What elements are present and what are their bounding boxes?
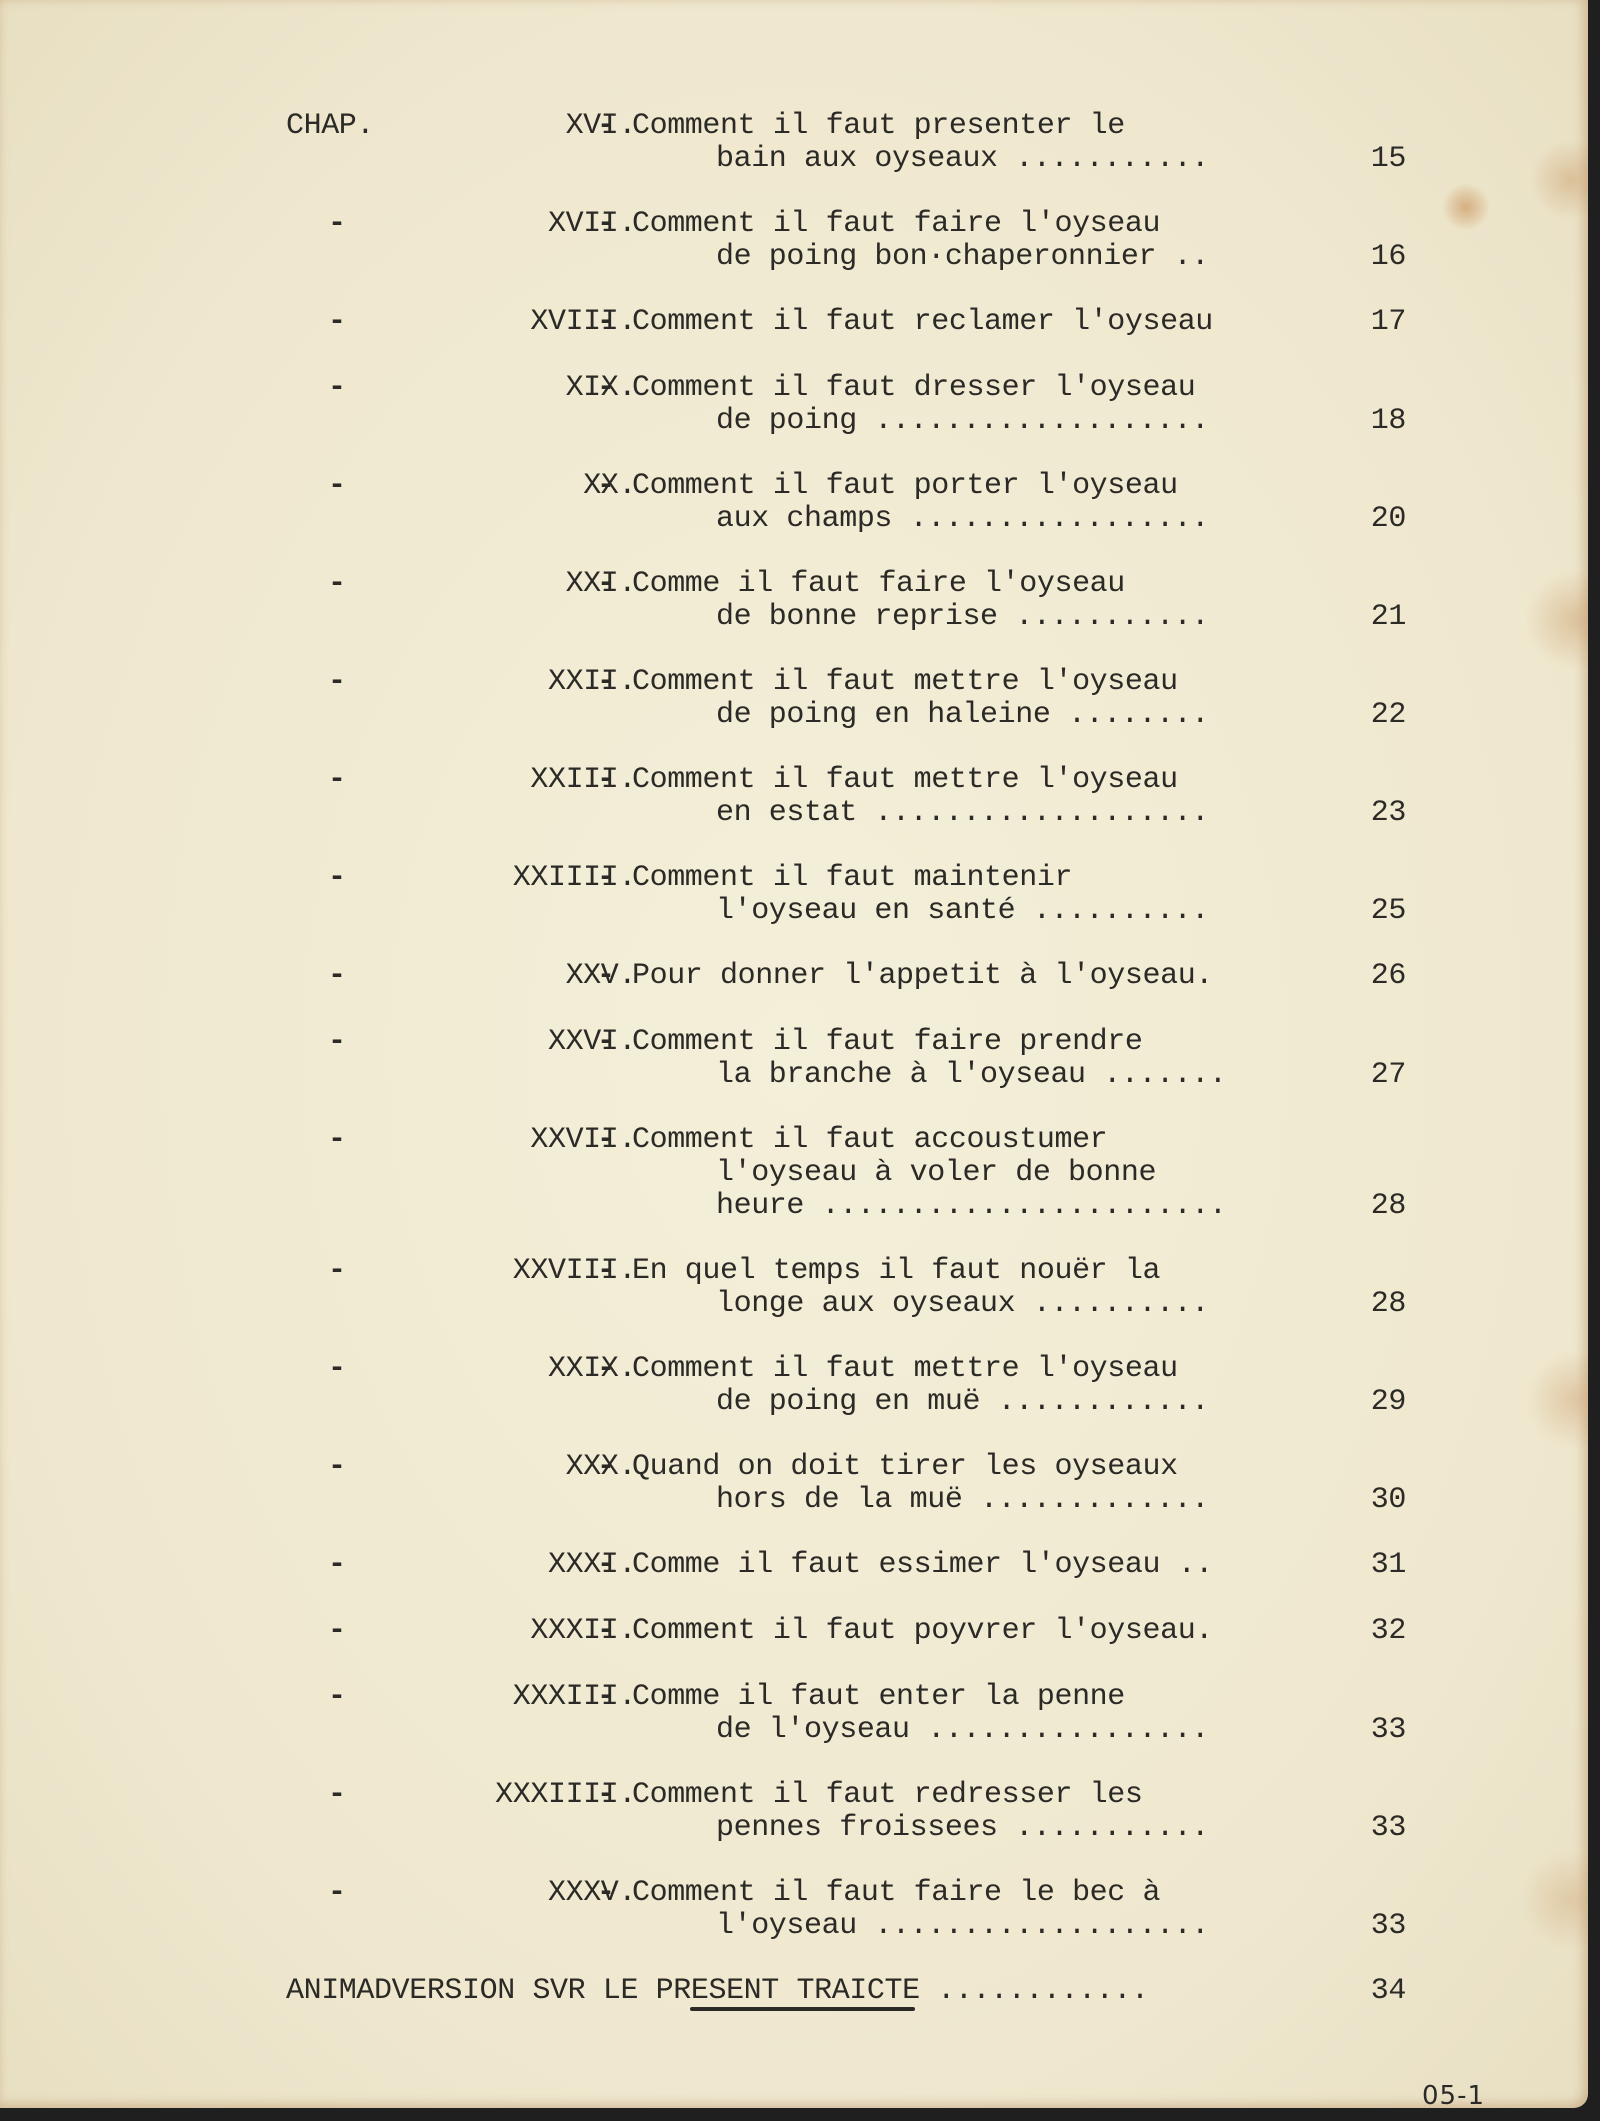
page-number: 28 (1346, 1288, 1406, 1321)
chapter-title: Quand on doit tirer les oyseaux (632, 1451, 1178, 1484)
ditto-mark: - (328, 666, 346, 699)
chapter-title: Comment il faut faire le bec à (632, 1877, 1160, 1910)
toc-entry: -XXXII.-Comment il faut poyvrer l'oyseau… (286, 1615, 1406, 1648)
chapter-title-continued: la branche à l'oyseau ....... (716, 1059, 1227, 1092)
chapter-label: CHAP. (286, 110, 374, 143)
separator-dash: - (597, 1681, 615, 1714)
toc-line: en estat ...................23 (286, 797, 1406, 830)
separator-dash: - (597, 1353, 615, 1386)
page-number: 25 (1346, 895, 1406, 928)
separator-dash: - (597, 862, 615, 895)
chapter-numeral: XXXV. (548, 1877, 636, 1910)
page-number: 27 (1346, 1059, 1406, 1092)
toc-line: aux champs .................20 (286, 503, 1406, 536)
ditto-mark: - (328, 372, 346, 405)
separator-dash: - (597, 1779, 615, 1812)
chapter-numeral: XXVI. (548, 1026, 636, 1059)
chapter-numeral: XXIIII. (513, 862, 636, 895)
toc-line: -XXVIII.-En quel temps il faut nouër la (286, 1255, 1406, 1288)
page-number: 31 (1346, 1549, 1406, 1582)
document-page: CHAP.XVI.-Comment il faut presenter leba… (0, 0, 1588, 2108)
chapter-title: Comment il faut faire l'oyseau (632, 208, 1160, 241)
chapter-title-continued: de bonne reprise ........... (716, 601, 1209, 634)
chapter-title: En quel temps il faut nouër la (632, 1255, 1160, 1288)
page-number: 33 (1346, 1812, 1406, 1845)
separator-dash: - (597, 470, 615, 503)
toc-entry: -XXVII.-Comment il faut accoustumerl'oys… (286, 1124, 1406, 1223)
page-number: 30 (1346, 1484, 1406, 1517)
toc-line: -XXXV.-Comment il faut faire le bec à (286, 1877, 1406, 1910)
chapter-numeral: XXII. (548, 666, 636, 699)
chapter-title-continued: de poing en muë ............ (716, 1386, 1209, 1419)
toc-line: pennes froissees ...........33 (286, 1812, 1406, 1845)
ditto-mark: - (328, 1353, 346, 1386)
toc-line: l'oyseau ...................33 (286, 1910, 1406, 1943)
chapter-title: Comment il faut faire prendre (632, 1026, 1143, 1059)
chapter-numeral: XXXII. (530, 1615, 636, 1648)
toc-entry: -XXX.-Quand on doit tirer les oyseauxhor… (286, 1451, 1406, 1517)
page-number: 28 (1346, 1190, 1406, 1223)
toc-line: de poing en haleine ........22 (286, 699, 1406, 732)
chapter-numeral: XVII. (548, 208, 636, 241)
toc-line: -XXVI.-Comment il faut faire prendre (286, 1026, 1406, 1059)
table-of-contents: CHAP.XVI.-Comment il faut presenter leba… (286, 110, 1406, 2008)
toc-entry: -XXIIII.-Comment il faut maintenirl'oyse… (286, 862, 1406, 928)
toc-entry: -XXXI.-Comme il faut essimer l'oyseau ..… (286, 1549, 1406, 1582)
ditto-mark: - (328, 1451, 346, 1484)
separator-dash: - (597, 1451, 615, 1484)
handwritten-note: 05-1 (1422, 2081, 1485, 2111)
toc-line: -XVII.-Comment il faut faire l'oyseau (286, 208, 1406, 241)
page-number: 15 (1346, 143, 1406, 176)
ditto-mark: - (328, 764, 346, 797)
toc-line: -XXXIII.-Comme il faut enter la penne (286, 1681, 1406, 1714)
chapter-numeral: XXIII. (530, 764, 636, 797)
chapter-title-continued: heure ....................... (716, 1190, 1227, 1223)
toc-line: -XVIII.-Comment il faut reclamer l'oysea… (286, 306, 1406, 339)
page-number: 18 (1346, 405, 1406, 438)
chapter-title: Comme il faut faire l'oyseau (632, 568, 1125, 601)
chapter-title: Comment il faut poyvrer l'oyseau. (632, 1615, 1213, 1648)
toc-entry: -XVIII.-Comment il faut reclamer l'oysea… (286, 306, 1406, 339)
chapter-title-continued: bain aux oyseaux ........... (716, 143, 1209, 176)
ditto-mark: - (328, 1026, 346, 1059)
separator-dash: - (597, 372, 615, 405)
chapter-title: Comme il faut enter la penne (632, 1681, 1125, 1714)
ditto-mark: - (328, 1681, 346, 1714)
page-number: 23 (1346, 797, 1406, 830)
separator-dash: - (597, 1255, 615, 1288)
closing-rule (690, 2007, 915, 2011)
toc-line: l'oyseau à voler de bonne (286, 1157, 1406, 1190)
separator-dash: - (597, 666, 615, 699)
toc-line: -XXIX.-Comment il faut mettre l'oyseau (286, 1353, 1406, 1386)
toc-line: de poing bon·chaperonnier ..16 (286, 241, 1406, 274)
ditto-mark: - (328, 470, 346, 503)
chapter-title-continued: en estat ................... (716, 797, 1209, 830)
separator-dash: - (597, 1615, 615, 1648)
chapter-title-continued: l'oyseau à voler de bonne (716, 1157, 1156, 1190)
toc-entry: -XXII.-Comment il faut mettre l'oyseaude… (286, 666, 1406, 732)
chapter-title: Comment il faut accoustumer (632, 1124, 1107, 1157)
ditto-mark: - (328, 306, 346, 339)
toc-entry: -XXIX.-Comment il faut mettre l'oyseaude… (286, 1353, 1406, 1419)
page-number: 33 (1346, 1714, 1406, 1747)
toc-entry: -XXI.-Comme il faut faire l'oyseaude bon… (286, 568, 1406, 634)
chapter-title: Comment il faut mettre l'oyseau (632, 764, 1178, 797)
toc-line: -XXII.-Comment il faut mettre l'oyseau (286, 666, 1406, 699)
ditto-mark: - (328, 862, 346, 895)
page-number: 32 (1346, 1615, 1406, 1648)
toc-entry: -XX.-Comment il faut porter l'oyseauaux … (286, 470, 1406, 536)
toc-entry: -XXV.-Pour donner l'appetit à l'oyseau.2… (286, 960, 1406, 993)
ditto-mark: - (328, 208, 346, 241)
page-number: 22 (1346, 699, 1406, 732)
chapter-title: Comment il faut presenter le (632, 110, 1125, 143)
chapter-title-continued: de poing bon·chaperonnier .. (716, 241, 1209, 274)
chapter-numeral: XXXIIII. (495, 1779, 636, 1812)
chapter-numeral: XXIX. (548, 1353, 636, 1386)
separator-dash: - (597, 306, 615, 339)
chapter-title: Comment il faut porter l'oyseau (632, 470, 1178, 503)
chapter-title: Pour donner l'appetit à l'oyseau. (632, 960, 1213, 993)
chapter-title-continued: de l'oyseau ................ (716, 1714, 1209, 1747)
ditto-mark: - (328, 960, 346, 993)
toc-line: -XIX.-Comment il faut dresser l'oyseau (286, 372, 1406, 405)
toc-entry: -XXXV.-Comment il faut faire le bec àl'o… (286, 1877, 1406, 1943)
toc-entry: CHAP.XVI.-Comment il faut presenter leba… (286, 110, 1406, 176)
toc-entry: -XXXIII.-Comme il faut enter la pennede … (286, 1681, 1406, 1747)
chapter-title: Comment il faut mettre l'oyseau (632, 666, 1178, 699)
chapter-title-continued: l'oyseau en santé .......... (716, 895, 1209, 928)
chapter-title-continued: aux champs ................. (716, 503, 1209, 536)
chapter-title-continued: de poing ................... (716, 405, 1209, 438)
page-number: 20 (1346, 503, 1406, 536)
ditto-mark: - (328, 568, 346, 601)
chapter-title-continued: l'oyseau ................... (716, 1910, 1209, 1943)
page-number: 16 (1346, 241, 1406, 274)
toc-line: -XXIII.-Comment il faut mettre l'oyseau (286, 764, 1406, 797)
separator-dash: - (597, 208, 615, 241)
separator-dash: - (597, 764, 615, 797)
page-number: 17 (1346, 306, 1406, 339)
toc-line: bain aux oyseaux ...........15 (286, 143, 1406, 176)
chapter-numeral: XXXIII. (513, 1681, 636, 1714)
toc-line: -XXI.-Comme il faut faire l'oyseau (286, 568, 1406, 601)
separator-dash: - (597, 1549, 615, 1582)
chapter-title: Comment il faut reclamer l'oyseau (632, 306, 1213, 339)
toc-line: la branche à l'oyseau .......27 (286, 1059, 1406, 1092)
page-number: 29 (1346, 1386, 1406, 1419)
chapter-title: Comment il faut maintenir (632, 862, 1072, 895)
toc-line: de poing ...................18 (286, 405, 1406, 438)
toc-line: -XXXI.-Comme il faut essimer l'oyseau ..… (286, 1549, 1406, 1582)
chapter-numeral: XXVII. (530, 1124, 636, 1157)
toc-entry: -XXIII.-Comment il faut mettre l'oyseaue… (286, 764, 1406, 830)
chapter-numeral: XVIII. (530, 306, 636, 339)
toc-line: CHAP.XVI.-Comment il faut presenter le (286, 110, 1406, 143)
separator-dash: - (597, 960, 615, 993)
chapter-title-continued: hors de la muë ............. (716, 1484, 1209, 1517)
toc-line: l'oyseau en santé ..........25 (286, 895, 1406, 928)
separator-dash: - (597, 1026, 615, 1059)
toc-entry: -XIX.-Comment il faut dresser l'oyseaude… (286, 372, 1406, 438)
ditto-mark: - (328, 1549, 346, 1582)
chapter-title: Comment il faut redresser les (632, 1779, 1143, 1812)
chapter-title: Comment il faut mettre l'oyseau (632, 1353, 1178, 1386)
toc-line: -XXXII.-Comment il faut poyvrer l'oyseau… (286, 1615, 1406, 1648)
chapter-title: Comme il faut essimer l'oyseau .. (632, 1549, 1213, 1582)
separator-dash: - (597, 110, 615, 143)
chapter-title-continued: longe aux oyseaux .......... (716, 1288, 1209, 1321)
toc-line: -XXX.-Quand on doit tirer les oyseaux (286, 1451, 1406, 1484)
ditto-mark: - (328, 1779, 346, 1812)
separator-dash: - (597, 1877, 615, 1910)
ditto-mark: - (328, 1124, 346, 1157)
toc-line: de poing en muë ............29 (286, 1386, 1406, 1419)
toc-line: -XXVII.-Comment il faut accoustumer (286, 1124, 1406, 1157)
chapter-title-continued: pennes froissees ........... (716, 1812, 1209, 1845)
ditto-mark: - (328, 1615, 346, 1648)
toc-line: de l'oyseau ................33 (286, 1714, 1406, 1747)
toc-line: -XX.-Comment il faut porter l'oyseau (286, 470, 1406, 503)
separator-dash: - (597, 1124, 615, 1157)
toc-line: longe aux oyseaux ..........28 (286, 1288, 1406, 1321)
toc-line: de bonne reprise ...........21 (286, 601, 1406, 634)
page-number: 33 (1346, 1910, 1406, 1943)
toc-line: -XXXIIII.-Comment il faut redresser les (286, 1779, 1406, 1812)
toc-line: hors de la muë .............30 (286, 1484, 1406, 1517)
separator-dash: - (597, 568, 615, 601)
ditto-mark: - (328, 1877, 346, 1910)
toc-line: heure .......................28 (286, 1190, 1406, 1223)
toc-line: -XXIIII.-Comment il faut maintenir (286, 862, 1406, 895)
closing-title: ANIMADVERSION SVR LE PRESENT TRAICTE ...… (286, 1975, 1149, 2008)
page-number: 34 (1346, 1975, 1406, 2008)
toc-entry: -XVII.-Comment il faut faire l'oyseaude … (286, 208, 1406, 274)
toc-entry: -XXVI.-Comment il faut faire prendrela b… (286, 1026, 1406, 1092)
ditto-mark: - (328, 1255, 346, 1288)
chapter-title-continued: de poing en haleine ........ (716, 699, 1209, 732)
toc-entry: -XXXIIII.-Comment il faut redresser lesp… (286, 1779, 1406, 1845)
page-number: 21 (1346, 601, 1406, 634)
toc-entry: -XXVIII.-En quel temps il faut nouër lal… (286, 1255, 1406, 1321)
chapter-numeral: XXXI. (548, 1549, 636, 1582)
chapter-numeral: XXVIII. (513, 1255, 636, 1288)
toc-line: -XXV.-Pour donner l'appetit à l'oyseau.2… (286, 960, 1406, 993)
chapter-title: Comment il faut dresser l'oyseau (632, 372, 1195, 405)
closing-entry: ANIMADVERSION SVR LE PRESENT TRAICTE ...… (286, 1975, 1406, 2008)
page-number: 26 (1346, 960, 1406, 993)
